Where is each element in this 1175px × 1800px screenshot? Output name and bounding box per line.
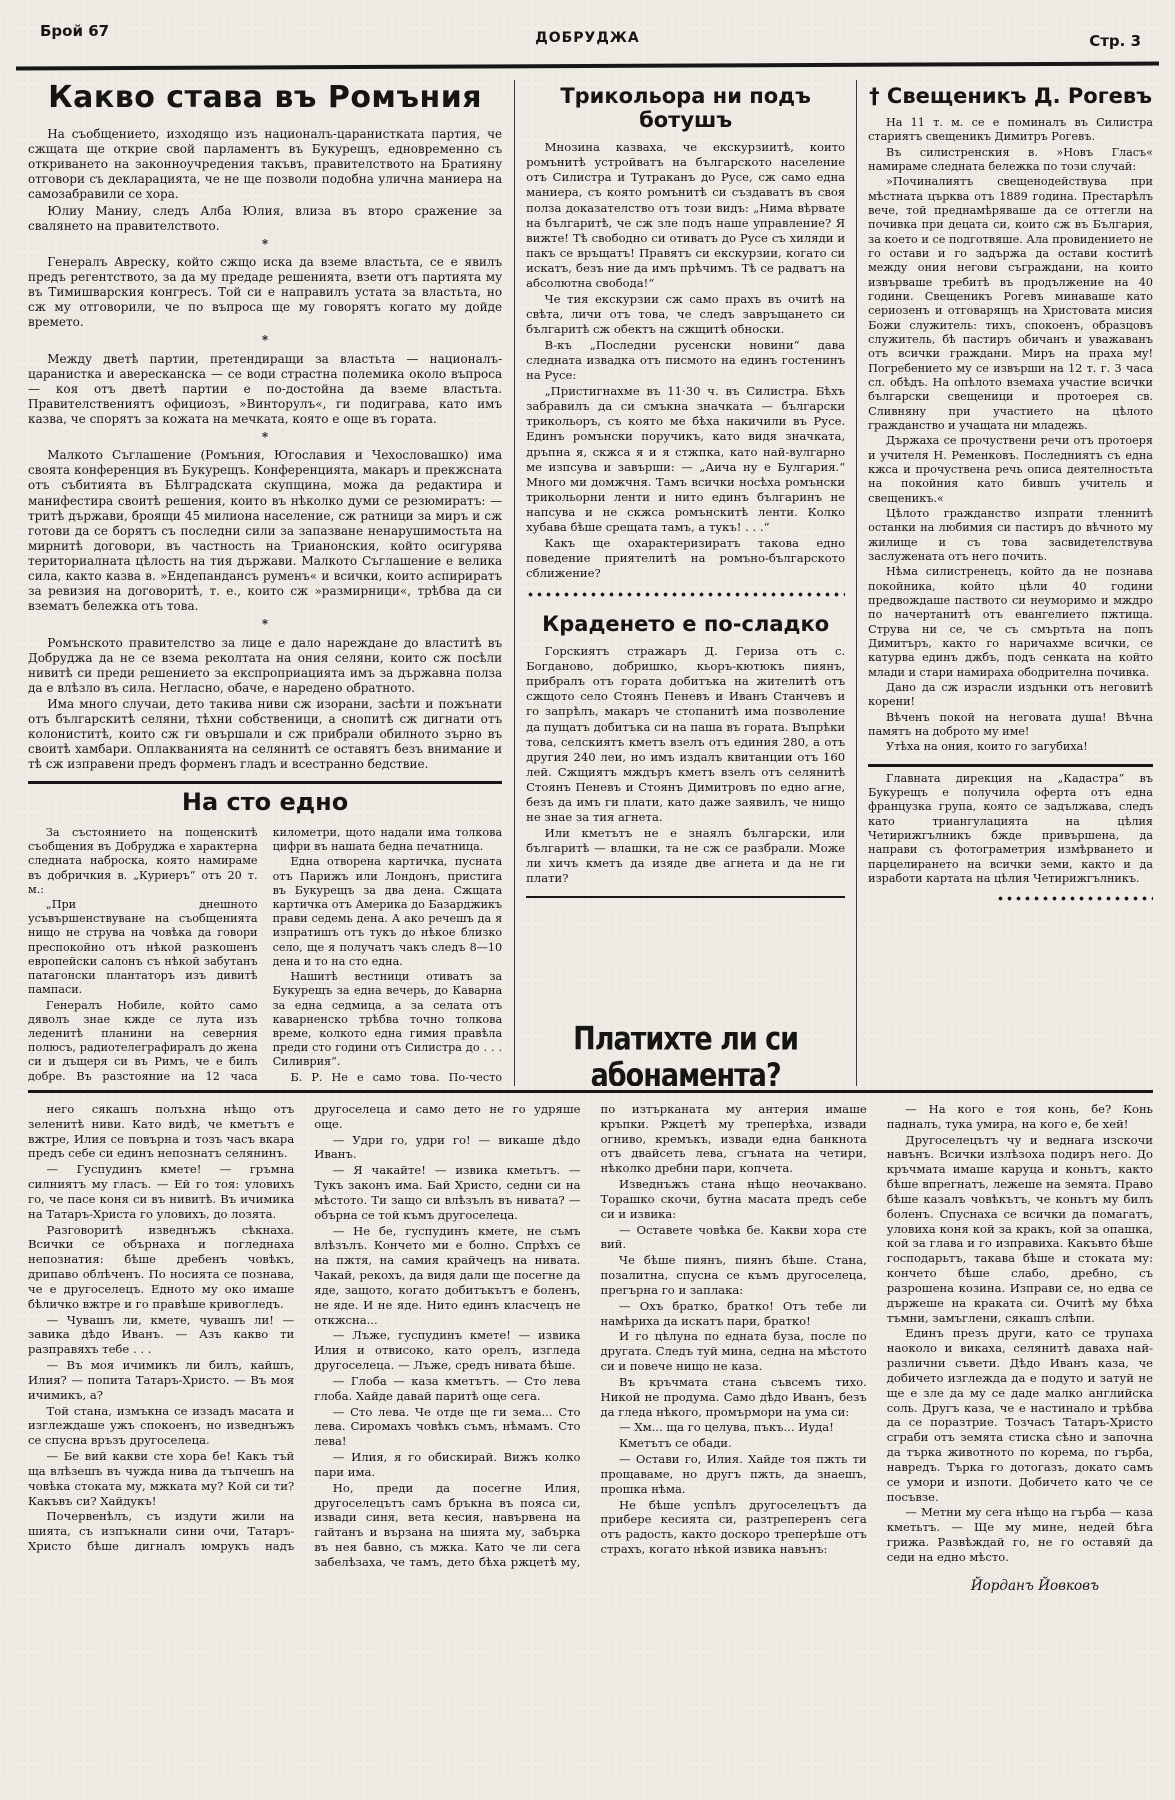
paragraph: „Пристигнахме въ 11·30 ч. въ Силистра. Б… [526,384,845,535]
top-section: Какво става въ Ромъния На съобщението, и… [28,76,1153,1086]
section-rule [868,764,1153,767]
feuilleton-body: него сякашъ полъхна нѣщо отъ зеленитѣ ни… [28,1102,1153,1574]
paragraph: Юлиу Маниу, следъ Алба Юлия, влиза въ вт… [28,204,502,234]
paragraph: * [28,617,502,632]
paragraph: * [28,333,502,348]
paragraph: На 11 т. м. се е поминалъ въ Силистра ст… [868,116,1153,145]
paragraph: Цѣлото гражданство изпрати тленнитѣ оста… [868,507,1153,564]
paragraph: — Остави го, Илия. Хайде тоя пжть ти про… [601,1452,867,1496]
article-obituary-title: † Свещеникъ Д. Рогевъ [868,84,1153,108]
paragraph: — Глоба — каза кметътъ. — Сто лева глоба… [314,1374,580,1404]
paragraph: — На кого е тоя конь, бе? Конь падналъ, … [887,1102,1153,1132]
paragraph: — Метни му сега нѣщо на гърба — каза кме… [887,1505,1153,1564]
paragraph: На съобщението, изходящо изъ националъ-ц… [28,127,502,203]
paragraph: И го цѣлуна по едната буза, после по дру… [601,1329,867,1373]
column-right: † Свещеникъ Д. Рогевъ На 11 т. м. се е п… [857,76,1153,1086]
article-tricolor-title: Трикольора ни подъ ботушъ [526,84,845,132]
subscription-banner: Платихте ли си абонамента? [526,1014,845,1086]
paragraph: него сякашъ полъхна нѣщо отъ зеленитѣ ни… [28,1102,294,1161]
article-na-sto-edno-title: На сто едно [28,789,502,815]
article-romania-body: На съобщението, изходящо изъ националъ-ц… [28,127,502,772]
article-kadastra: Главната дирекция на „Кадастра“ въ Букур… [868,772,1153,887]
paragraph: За състоянието на пощенскитѣ съобщения в… [28,826,258,897]
column-middle: Трикольора ни подъ ботушъ Мнозина казвах… [515,76,856,1086]
paragraph: Генералъ Авреску, който сжщо иска да взе… [28,255,502,331]
paragraph: Че тия екскурзии сж само прахъ въ очитѣ … [526,292,845,337]
paragraph: — Я чакайте! — извика кметьтъ. — Тукъ за… [314,1163,580,1222]
paragraph: Нашитѣ вестници отиватъ за Букурещъ за е… [273,970,503,1070]
paragraph: Вѣченъ покой на неговата душа! Вѣчна пам… [868,711,1153,740]
paragraph: Мнозина казваха, че екскурзиитѣ, които р… [526,140,845,291]
article-kradeneto-title: Краденето е по-сладко [526,612,845,636]
paragraph: Утѣха на ония, които го загубиха! [868,740,1153,754]
paragraph: Какъ ще охарактеризиратъ такова едно пов… [526,536,845,581]
paragraph: Главната дирекция на „Кадастра“ въ Букур… [868,772,1153,887]
article-romania-title: Какво става въ Ромъния [28,80,502,115]
feuilleton-section: него сякашъ полъхна нѣщо отъ зеленитѣ ни… [28,1090,1153,1617]
article-kadastra-body: Главната дирекция на „Кадастра“ въ Букур… [868,772,1153,887]
paragraph: Другоселецътъ чу и веднага изскочи навън… [887,1133,1153,1326]
article-romania: Какво става въ Ромъния На съобщението, и… [28,80,502,772]
paragraph: Има много случаи, дето такива ниви сж из… [28,697,502,773]
paragraph: »Починалиятъ свещенодействува при мѣстна… [868,175,1153,433]
dotted-divider [526,591,845,598]
column-left: Какво става въ Ромъния На съобщението, и… [28,76,514,1086]
article-na-sto-edno: На сто едно За състоянието на пощенскитѣ… [28,789,502,1086]
paragraph: Кметътъ се обади. [601,1436,867,1451]
paragraph: — Оставете човѣка бе. Какви хора сте вий… [601,1223,867,1253]
paragraph: Б. Р. Не е само това. По-често явление е… [273,1071,503,1086]
paragraph: — Бе вий какви сте хора бе! Какъ тъй ща … [28,1449,294,1508]
paragraph: — Илия, я го обискирай. Вижъ колко пари … [314,1450,580,1480]
paragraph: Малкото Съглашение (Ромъния, Югославия и… [28,448,502,614]
paragraph: — Не бе, гуспудинъ кмете, не съмъ влѣзъл… [314,1224,580,1328]
paragraph: Нѣма силистренецъ, който да не познава п… [868,565,1153,680]
paragraph: Единъ презъ други, като се трупаха наоко… [887,1326,1153,1504]
paragraph: Че бѣше пиянъ, пиянъ бѣше. Стана, позали… [601,1253,867,1297]
paragraph: Разговоритѣ изведнъжъ сѣкнаха. Всички се… [28,1223,294,1312]
article-obituary-body: На 11 т. м. се е поминалъ въ Силистра ст… [868,116,1153,754]
paragraph: * [28,430,502,445]
section-rule [28,781,502,784]
header-rule [16,62,1159,71]
paragraph: В-къ „Последни русенски новини“ дава сле… [526,338,845,383]
paragraph: — Чувашъ ли, кмете, чувашъ ли! — завика … [28,1313,294,1357]
paragraph: — Сто лева. Че отде ще ги зема... Сто ле… [314,1405,580,1449]
paragraph: Една отворена картичка, пусната отъ Пари… [273,855,503,969]
feuilleton-signature: Йорданъ Йовковъ [28,1578,1153,1594]
paragraph: „При днешното усъвършенствуване на съобщ… [28,898,258,998]
paragraph: Или кметътъ не е знаялъ български, или б… [526,826,845,886]
page-number: Стр. 3 [1089,32,1141,50]
masthead-title: ДОБРУДЖА [0,30,1175,46]
paragraph: — Охъ братко, братко! Отъ тебе ли намѣри… [601,1299,867,1329]
paragraph: * [28,237,502,252]
paragraph: — Хм... ща го целува, пъкъ... Иуда! [601,1420,867,1435]
article-kradeneto-body: Горскиятъ стражаръ Д. Гериза отъ с. Богд… [526,644,845,886]
paragraph: Държаха се прочуствени речи отъ протоеря… [868,434,1153,506]
dotted-divider [996,895,1153,902]
paragraph: Между дветѣ партии, претендиращи за влас… [28,352,502,428]
paragraph: Не бѣше успѣлъ другоселецътъ да прибере … [601,1498,867,1557]
article-kradeneto: Краденето е по-сладко Горскиятъ стражаръ… [526,604,845,887]
section-rule [526,896,845,898]
paragraph: Дано да сж израсли издънки отъ неговитѣ … [868,681,1153,710]
article-tricolor: Трикольора ни подъ ботушъ Мнозина казвах… [526,76,845,582]
article-na-sto-edno-body: За състоянието на пощенскитѣ съобщения в… [28,826,502,1086]
paragraph: Той стана, измъкна се иззадъ масата и из… [28,1404,294,1448]
paragraph: Изведнъжъ стана нѣщо неочаквано. Торашко… [601,1177,867,1221]
paragraph: — Въ моя ичимикъ ли билъ, кайшъ, Илия? —… [28,1358,294,1402]
paragraph: Ромънското правителство за лице е дало н… [28,636,502,696]
paragraph: — Гуспудинъ кмете! — гръмна силниятъ му … [28,1162,294,1221]
paragraph: Горскиятъ стражаръ Д. Гериза отъ с. Богд… [526,644,845,825]
paragraph: — Лъже, гуспудинъ кмете! — извика Илия и… [314,1328,580,1372]
newspaper-page: Брой 67 ДОБРУДЖА Стр. 3 Какво става въ Р… [0,0,1175,1800]
paragraph: Въ кръчмата стана съвсемъ тихо. Никой не… [601,1375,867,1419]
paragraph: — Удри го, удри го! — викаше дѣдо Иванъ. [314,1133,580,1163]
article-obituary: † Свещеникъ Д. Рогевъ На 11 т. м. се е п… [868,84,1153,755]
page-header: Брой 67 ДОБРУДЖА Стр. 3 [0,0,1175,58]
paragraph: Въ силистренския в. »Новъ Гласъ« намирам… [868,146,1153,175]
article-tricolor-body: Мнозина казваха, че екскурзиитѣ, които р… [526,140,845,581]
